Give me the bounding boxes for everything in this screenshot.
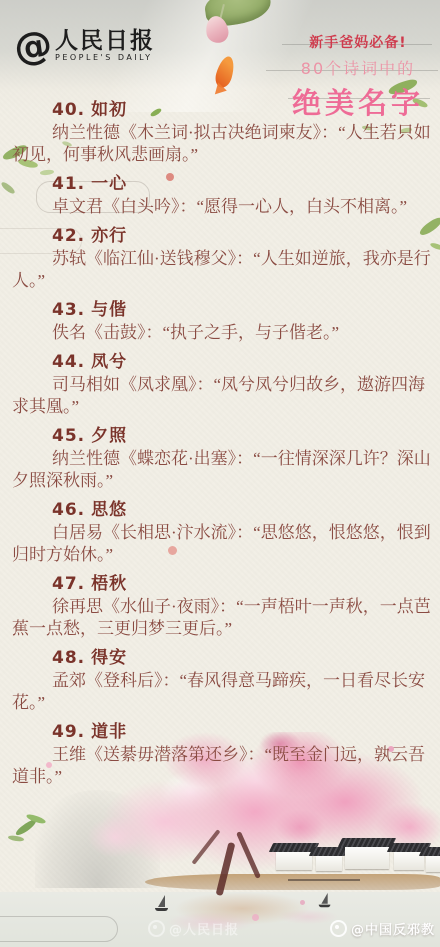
list-item: 47.梧秋 徐再思《水仙子·夜雨》：“一声梧叶一声秋，一点芭蕉一点愁，三更归梦三… bbox=[12, 574, 432, 640]
list-item: 44.凤兮 司马相如《凤求凰》：“凤兮凤兮归故乡，遨游四海求其凰。” bbox=[12, 352, 432, 418]
item-number: 41. bbox=[52, 174, 85, 194]
item-quote: 白居易《长相思·汴水流》：“思悠悠，恨悠悠，恨到归时方始休。” bbox=[12, 522, 432, 566]
item-name: 夕照 bbox=[91, 426, 127, 446]
item-number: 48. bbox=[52, 648, 85, 668]
item-number: 43. bbox=[52, 300, 85, 320]
sailboat-icon bbox=[155, 895, 169, 913]
names-list: 40.如初 纳兰性德《木兰词·拟古决绝词柬友》：“人生若只如初见，何事秋风悲画扇… bbox=[12, 100, 432, 796]
watermark-peoples-daily: @人民日报 bbox=[148, 919, 239, 938]
house-decoration bbox=[345, 847, 389, 869]
item-number: 42. bbox=[52, 226, 85, 246]
item-quote: 佚名《击鼓》：“执子之手，与子偕老。” bbox=[12, 322, 432, 344]
item-number: 49. bbox=[52, 722, 85, 742]
promo-title: 绝美名字 bbox=[292, 81, 424, 122]
watermark-text: @中国反邪教 bbox=[351, 919, 435, 938]
item-number: 40. bbox=[52, 100, 85, 120]
item-quote: 纳兰性德《蝶恋花·出塞》：“一往情深深几许？深山夕照深秋雨。” bbox=[12, 448, 432, 492]
house-decoration bbox=[426, 856, 440, 872]
sketch-outline-decoration bbox=[0, 916, 118, 942]
list-item: 48.得安 孟郊《登科后》：“春风得意马蹄疾，一日看尽长安花。” bbox=[12, 648, 432, 714]
item-name: 一心 bbox=[91, 174, 127, 194]
item-name: 道非 bbox=[91, 722, 127, 742]
at-megaphone-icon: @ bbox=[12, 26, 55, 67]
promo-line-2: 80个诗词中的 bbox=[292, 56, 424, 79]
list-item: 43.与偕 佚名《击鼓》：“执子之手，与子偕老。” bbox=[12, 300, 432, 344]
item-number: 45. bbox=[52, 426, 85, 446]
item-name: 梧秋 bbox=[91, 574, 127, 594]
item-name: 如初 bbox=[91, 100, 127, 120]
petal-decoration bbox=[252, 914, 259, 921]
item-quote: 王维《送綦毋潜落第还乡》：“既至金门远，孰云吾道非。” bbox=[12, 744, 432, 788]
item-quote: 孟郊《登科后》：“春风得意马蹄疾，一日看尽长安花。” bbox=[12, 670, 432, 714]
item-number: 47. bbox=[52, 574, 85, 594]
petal-decoration bbox=[300, 900, 305, 905]
list-item: 45.夕照 纳兰性德《蝶恋花·出塞》：“一往情深深几许？深山夕照深秋雨。” bbox=[12, 426, 432, 492]
logo-title: 人民日报 bbox=[55, 29, 155, 53]
house-decoration bbox=[316, 856, 342, 871]
watermark-china-anti-cult: @中国反邪教 bbox=[330, 919, 435, 938]
promo-headline: 新手爸妈必备! 80个诗词中的 绝美名字 bbox=[292, 32, 424, 122]
peoples-daily-logo: @ 人民日报 PEOPLE'S DAILY bbox=[14, 28, 155, 64]
item-number: 44. bbox=[52, 352, 85, 372]
house-decoration bbox=[276, 852, 312, 870]
item-name: 与偕 bbox=[91, 300, 127, 320]
item-number: 46. bbox=[52, 500, 85, 520]
list-item: 42.亦行 苏轼《临江仙·送钱穆父》：“人生如逆旅，我亦是行人。” bbox=[12, 226, 432, 292]
item-name: 思悠 bbox=[91, 500, 127, 520]
promo-line-1: 新手爸妈必备! bbox=[292, 32, 424, 52]
fence-decoration bbox=[288, 879, 360, 881]
item-quote: 苏轼《临江仙·送钱穆父》：“人生如逆旅，我亦是行人。” bbox=[12, 248, 432, 292]
sailboat-icon bbox=[319, 893, 332, 909]
list-item: 46.思悠 白居易《长相思·汴水流》：“思悠悠，恨悠悠，恨到归时方始休。” bbox=[12, 500, 432, 566]
weibo-icon bbox=[148, 920, 165, 937]
item-quote: 徐再思《水仙子·夜雨》：“一声梧叶一声秋，一点芭蕉一点愁，三更归梦三更后。” bbox=[12, 596, 432, 640]
item-quote: 卓文君《白头吟》：“愿得一心人，白头不相离。” bbox=[12, 196, 432, 218]
item-name: 得安 bbox=[91, 648, 127, 668]
watermark-text: @人民日报 bbox=[169, 919, 239, 938]
list-item: 49.道非 王维《送綦毋潜落第还乡》：“既至金门远，孰云吾道非。” bbox=[12, 722, 432, 788]
item-quote: 纳兰性德《木兰词·拟古决绝词柬友》：“人生若只如初见，何事秋风悲画扇。” bbox=[12, 122, 432, 166]
item-name: 凤兮 bbox=[91, 352, 127, 372]
item-quote: 司马相如《凤求凰》：“凤兮凤兮归故乡，遨游四海求其凰。” bbox=[12, 374, 432, 418]
item-name: 亦行 bbox=[91, 226, 127, 246]
poster: @ 人民日报 PEOPLE'S DAILY 新手爸妈必备! 80个诗词中的 绝美… bbox=[0, 0, 440, 947]
weibo-icon bbox=[330, 920, 347, 937]
logo-subtitle: PEOPLE'S DAILY bbox=[55, 53, 155, 63]
list-item: 41.一心 卓文君《白头吟》：“愿得一心人，白头不相离。” bbox=[12, 174, 432, 218]
